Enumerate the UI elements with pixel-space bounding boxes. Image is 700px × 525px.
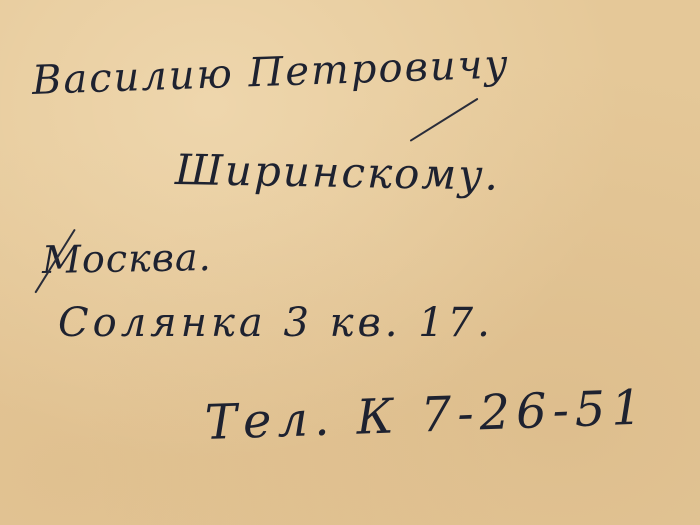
addressee-surname-line: Ширинскому. [175,145,501,200]
addressee-name-line: Василию Петровичу [31,41,510,104]
pen-flourish [410,98,479,142]
phone-line: Тел. К 7-26-51 [204,380,649,451]
handwritten-note-paper: Василию Петровичу Ширинскому. Москва. Со… [0,0,700,525]
street-address-line: Солянка 3 кв. 17. [58,300,494,346]
